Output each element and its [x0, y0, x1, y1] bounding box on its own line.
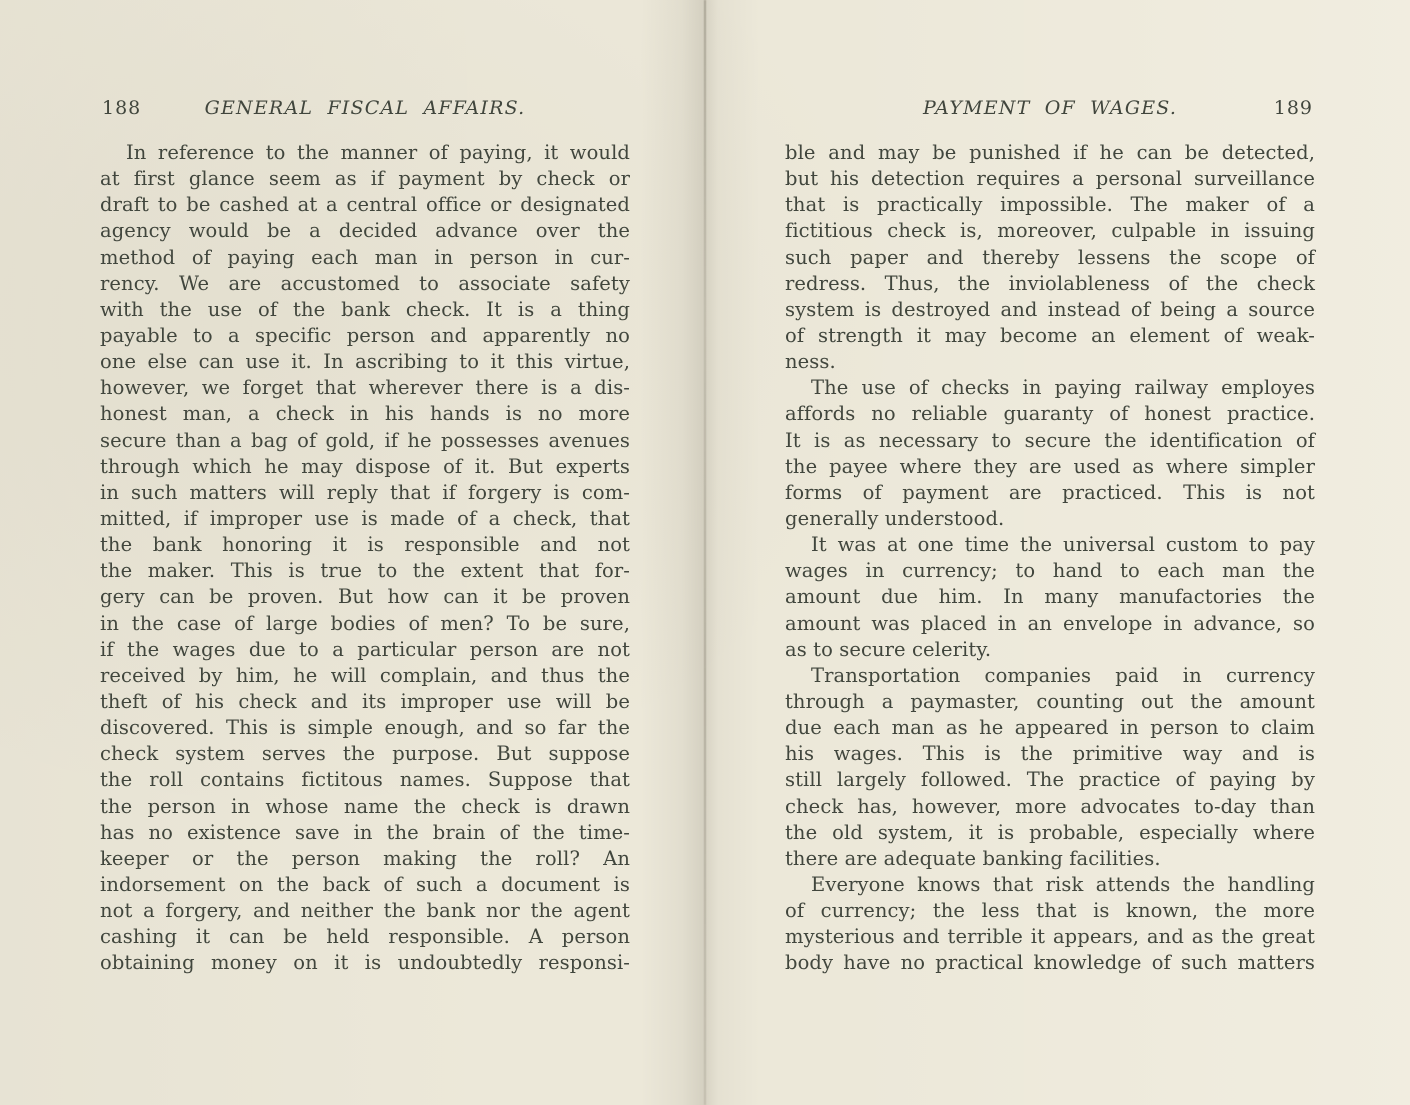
text-line: not a forgery, and neither the bank nor …	[100, 898, 630, 924]
paragraph: In reference to the manner of paying, it…	[100, 140, 630, 977]
text-line: system is destroyed and instead of being…	[785, 297, 1315, 323]
text-line: check has, however, more advocates to-da…	[785, 794, 1315, 820]
text-line: but his detection requires a personal su…	[785, 166, 1315, 192]
text-line: the bank honoring it is responsible and …	[100, 532, 630, 558]
text-line: payable to a specific person and apparen…	[100, 323, 630, 349]
text-line: secure than a bag of gold, if he possess…	[100, 428, 630, 454]
text-line: Transportation companies paid in currenc…	[785, 663, 1315, 689]
text-line: with the use of the bank check. It is a …	[100, 297, 630, 323]
text-line: of currency; the less that is known, the…	[785, 898, 1315, 924]
text-line: It is as necessary to secure the identif…	[785, 428, 1315, 454]
text-line: gery can be proven. But how can it be pr…	[100, 584, 630, 610]
text-line: if the wages due to a particular person …	[100, 637, 630, 663]
text-line: in the case of large bodies of men? To b…	[100, 611, 630, 637]
text-line: wages in currency; to hand to each man t…	[785, 558, 1315, 584]
text-line: there are adequate banking facilities.	[785, 846, 1315, 872]
running-head-left: GENERAL FISCAL AFFAIRS.	[100, 97, 630, 119]
page-number-right: 189	[1274, 97, 1313, 119]
text-line: the payee where they are used as where s…	[785, 454, 1315, 480]
text-line: amount was placed in an envelope in adva…	[785, 611, 1315, 637]
right-page-header: PAYMENT OF WAGES. 189	[785, 97, 1315, 125]
left-page-body: In reference to the manner of paying, it…	[100, 140, 630, 977]
text-line: such paper and thereby lessens the scope…	[785, 245, 1315, 271]
text-line: cashing it can be held responsible. A pe…	[100, 924, 630, 950]
text-line: at first glance seem as if payment by ch…	[100, 166, 630, 192]
text-line: the maker. This is true to the extent th…	[100, 558, 630, 584]
paragraph: The use of checks in paying railway empl…	[785, 375, 1315, 532]
text-line: forms of payment are practiced. This is …	[785, 480, 1315, 506]
text-line: due each man as he appeared in person to…	[785, 715, 1315, 741]
text-line: agency would be a decided advance over t…	[100, 218, 630, 244]
text-line: has no existence save in the brain of th…	[100, 820, 630, 846]
gutter-shadow	[640, 0, 790, 1105]
text-line: discovered. This is simple enough, and s…	[100, 715, 630, 741]
left-page: 188 GENERAL FISCAL AFFAIRS. In reference…	[100, 0, 630, 1105]
text-line: mysterious and terrible it appears, and …	[785, 924, 1315, 950]
text-line: fictitious check is, moreover, culpable …	[785, 218, 1315, 244]
text-line: The use of checks in paying railway empl…	[785, 375, 1315, 401]
text-line: through a paymaster, counting out the am…	[785, 689, 1315, 715]
text-line: honest man, a check in his hands is no m…	[100, 401, 630, 427]
text-line: that is practically impossible. The make…	[785, 192, 1315, 218]
text-line: body have no practical knowledge of such…	[785, 950, 1315, 976]
paragraph: Everyone knows that risk attends the han…	[785, 872, 1315, 977]
text-line: the old system, it is probable, especial…	[785, 820, 1315, 846]
text-line: redress. Thus, the inviolableness of the…	[785, 271, 1315, 297]
text-line: through which he may dispose of it. But …	[100, 454, 630, 480]
text-line: affords no reliable guaranty of honest p…	[785, 401, 1315, 427]
page-number-left: 188	[102, 97, 141, 119]
paragraph: Transportation companies paid in currenc…	[785, 663, 1315, 872]
text-line: in such matters will reply that if forge…	[100, 480, 630, 506]
text-line: ness.	[785, 349, 1315, 375]
text-line: method of paying each man in person in c…	[100, 245, 630, 271]
gutter-crease-line	[704, 0, 706, 1105]
text-line: keeper or the person making the roll? An	[100, 846, 630, 872]
left-page-header: 188 GENERAL FISCAL AFFAIRS.	[100, 97, 630, 125]
text-line: still largely followed. The practice of …	[785, 767, 1315, 793]
text-line: mitted, if improper use is made of a che…	[100, 506, 630, 532]
text-line: amount due him. In many manufactories th…	[785, 584, 1315, 610]
book-spread: 188 GENERAL FISCAL AFFAIRS. In reference…	[0, 0, 1410, 1105]
text-line: the roll contains fictitous names. Suppo…	[100, 767, 630, 793]
text-line: draft to be cashed at a central office o…	[100, 192, 630, 218]
text-line: of strength it may become an element of …	[785, 323, 1315, 349]
right-page-body: ble and may be punished if he can be det…	[785, 140, 1315, 977]
text-line: Everyone knows that risk attends the han…	[785, 872, 1315, 898]
paragraph: It was at one time the universal custom …	[785, 532, 1315, 663]
text-line: ble and may be punished if he can be det…	[785, 140, 1315, 166]
text-line: generally understood.	[785, 506, 1315, 532]
text-line: received by him, he will complain, and t…	[100, 663, 630, 689]
text-line: It was at one time the universal custom …	[785, 532, 1315, 558]
text-line: theft of his check and its improper use …	[100, 689, 630, 715]
text-line: however, we forget that wherever there i…	[100, 375, 630, 401]
text-line: indorsement on the back of such a docume…	[100, 872, 630, 898]
text-line: his wages. This is the primitive way and…	[785, 741, 1315, 767]
paragraph: ble and may be punished if he can be det…	[785, 140, 1315, 375]
text-line: obtaining money on it is undoubtedly res…	[100, 950, 630, 976]
running-head-right: PAYMENT OF WAGES.	[785, 97, 1315, 119]
text-line: one else can use it. In ascribing to it …	[100, 349, 630, 375]
text-line: check system serves the purpose. But sup…	[100, 741, 630, 767]
text-line: the person in whose name the check is dr…	[100, 794, 630, 820]
right-page: PAYMENT OF WAGES. 189 ble and may be pun…	[785, 0, 1315, 1105]
text-line: rency. We are accustomed to associate sa…	[100, 271, 630, 297]
text-line: In reference to the manner of paying, it…	[100, 140, 630, 166]
text-line: as to secure celerity.	[785, 637, 1315, 663]
